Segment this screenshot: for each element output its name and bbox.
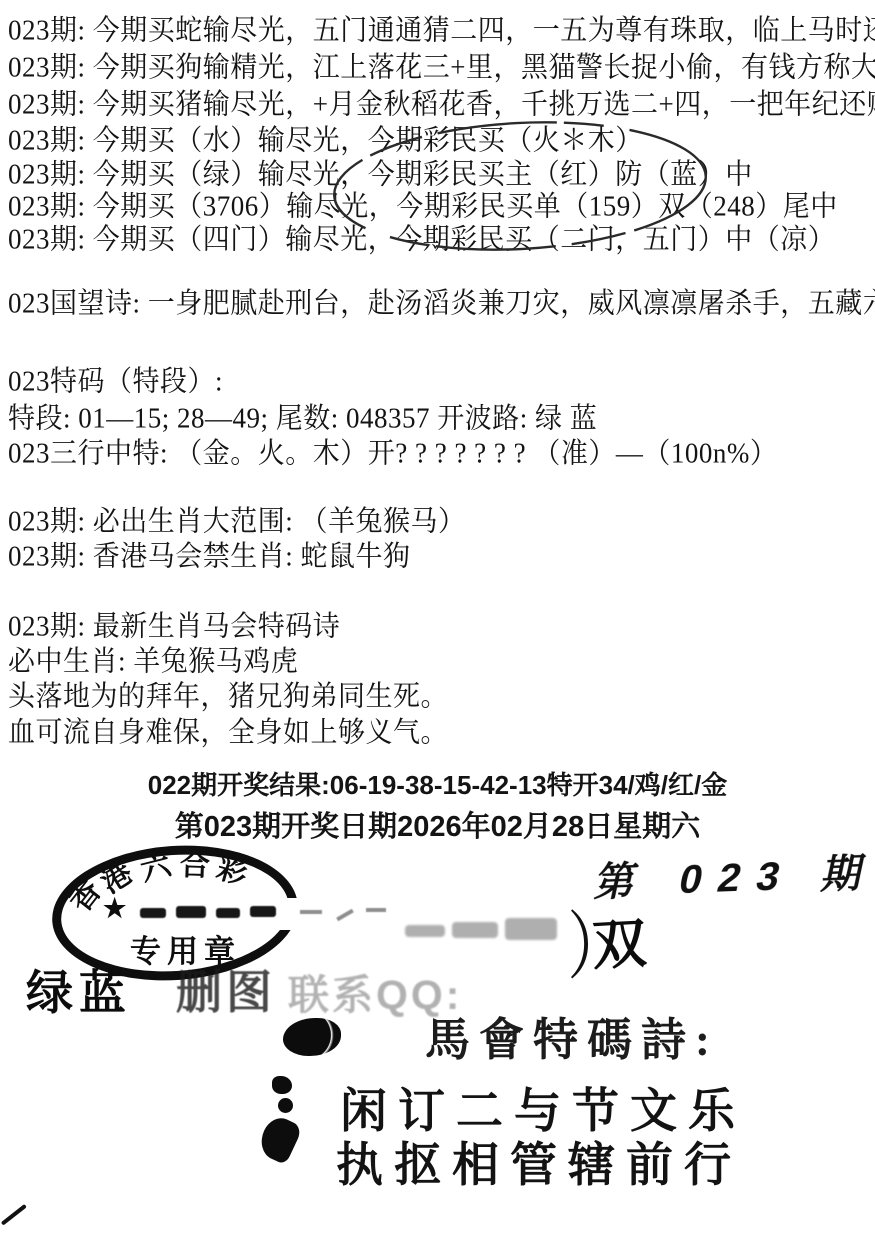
latest-poem-line2: 血可流自身难保，全身如上够义气。 (8, 716, 448, 749)
tema-title: 023特码（特段）: (8, 365, 223, 398)
zodiac-banned: 023期: 香港马会禁生肖: 蛇鼠牛狗 (8, 540, 411, 573)
mahui-poem-title: 馬會特碼詩: (425, 1003, 719, 1068)
mahui-poem-line2: 执抠相管辖前行 (336, 1128, 742, 1195)
tema-range-line: 特段: 01—15; 28—49; 尾数: 048357 开波路: 绿 蓝 (8, 402, 597, 435)
contact-colors-text: 绿蓝 (26, 956, 132, 1023)
lottery-tip-sheet: 023期: 今期买蛇输尽光，五门通通猜二四，一五为尊有珠取，临上马时还送酒。 0… (0, 0, 875, 1238)
stamp-arc-char-4: 合 (179, 839, 211, 884)
previous-draw-result: 022期开奖结果:06-19-38-15-42-13特开34/鸡/红/金 (0, 765, 875, 802)
hand-drawn-ellipse (322, 112, 722, 264)
faded-dash (300, 910, 322, 914)
tema-three-line: 023三行中特: （金。火。木）开? ? ? ? ? ? ? （准）—（100n… (8, 437, 777, 470)
zodiac-must-range: 023期: 必出生肖大范围: （羊兔猴马） (8, 505, 466, 538)
latest-poem-line1: 头落地为的拜年，猪兄狗弟同生死。 (8, 680, 448, 713)
latest-poem-zodiac: 必中生肖: 羊兔猴马鸡虎 (8, 645, 298, 678)
faded-handwriting (505, 918, 557, 940)
guowang-poem-line: 023国望诗: 一身肥腻赴刑台，赴汤滔炎兼刀灾，威风凛凛屠杀手，五藏六腑受掣裁。 (8, 287, 875, 320)
pen-stroke (1, 1204, 27, 1226)
stamp-smudge (216, 908, 240, 918)
stamp-smudge (250, 906, 276, 917)
ink-blob (272, 1076, 292, 1094)
faded-dash (366, 908, 386, 912)
faded-handwriting (452, 922, 498, 938)
tip-line-1: 023期: 今期买蛇输尽光，五门通通猜二四，一五为尊有珠取，临上马时还送酒。 (8, 14, 875, 47)
ink-blob (278, 1098, 293, 1113)
handwritten-shuang: 双 (590, 901, 648, 981)
faded-dash (336, 909, 354, 921)
latest-poem-title: 023期: 最新生肖马会特码诗 (8, 610, 340, 643)
faded-handwriting (405, 925, 445, 937)
ink-blob (255, 1113, 304, 1165)
next-draw-date: 第023期开奖日期2026年02月28日星期六 (0, 804, 875, 845)
contact-mid-text: 删图 (176, 956, 276, 1022)
stamp-star-icon: ★ (103, 893, 126, 924)
ink-blob (283, 1018, 341, 1056)
tip-line-2: 023期: 今期买狗输精光，江上落花三+里，黑猫警长捉小偷，有钱方称大富豪。 (8, 51, 875, 84)
issue-label-handwritten: 第 023 期 (591, 841, 875, 908)
stamp-smudge (176, 906, 206, 918)
stamp-smudge (140, 908, 166, 918)
